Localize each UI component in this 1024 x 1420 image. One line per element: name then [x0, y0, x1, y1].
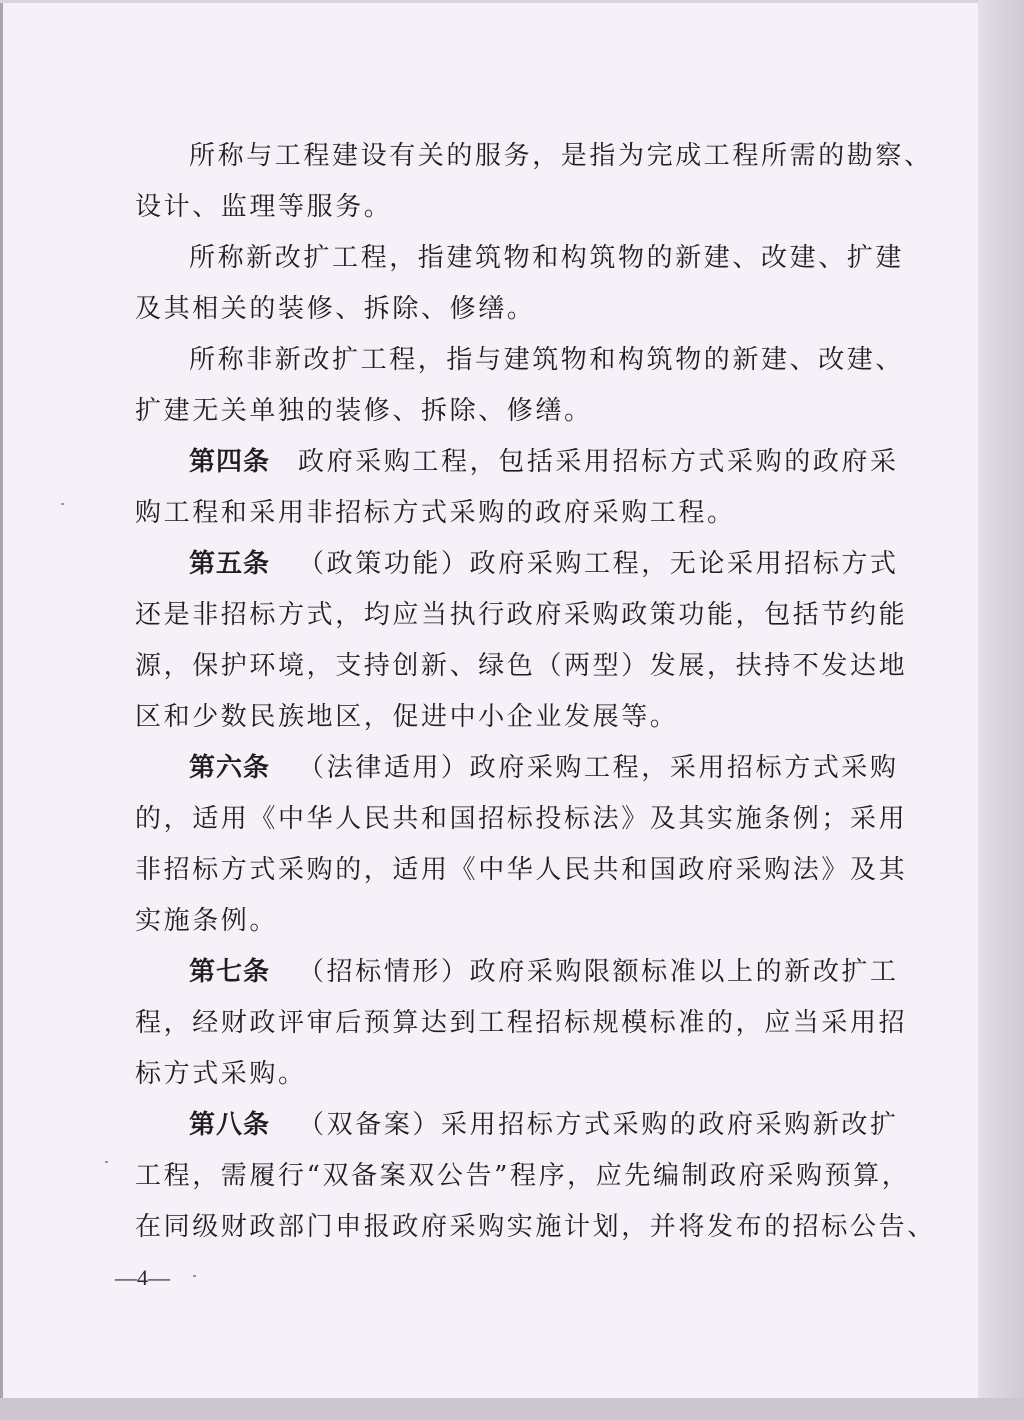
text-line: 区和少数民族地区，促进中小企业发展等。: [135, 692, 870, 743]
scan-speck: [105, 1161, 108, 1163]
line-text: 程，经财政评审后预算达到工程招标规模标准的，应当采用招: [135, 1008, 907, 1038]
line-text: 实施条例。: [135, 906, 278, 936]
line-text: （政策功能）政府采购工程，无论采用招标方式: [298, 549, 899, 579]
line-text: 标方式采购。: [135, 1059, 307, 1089]
page-number: —4—: [115, 1265, 170, 1291]
line-text: 在同级财政部门申报政府采购实施计划，并将发布的招标公告、: [135, 1212, 936, 1242]
document-body: 所称与工程建设有关的服务，是指为完成工程所需的勘察、设计、监理等服务。所称新改扩…: [135, 131, 870, 1253]
line-text: （法律适用）政府采购工程，采用招标方式采购: [298, 753, 899, 783]
article-heading: 第八条: [189, 1110, 270, 1140]
article-heading: 第四条: [189, 447, 270, 477]
line-text: 工程，需履行“双备案双公告”程序，应先编制政府采购预算，: [135, 1161, 910, 1191]
line-text: 所称新改扩工程，指建筑物和构筑物的新建、改建、扩建: [189, 243, 904, 273]
text-line: 非招标方式采购的，适用《中华人民共和国政府采购法》及其: [135, 845, 870, 896]
article-heading: 第五条: [189, 549, 270, 579]
text-line: 标方式采购。: [135, 1049, 870, 1100]
text-line: 设计、监理等服务。: [135, 182, 870, 233]
line-text: 源，保护环境，支持创新、绿色（两型）发展，扶持不发达地: [135, 651, 907, 681]
text-line: 源，保护环境，支持创新、绿色（两型）发展，扶持不发达地: [135, 641, 870, 692]
article-heading: 第七条: [189, 957, 270, 987]
article-heading: 第六条: [189, 753, 270, 783]
text-line: 还是非招标方式，均应当执行政府采购政策功能，包括节约能: [135, 590, 870, 641]
line-text: 非招标方式采购的，适用《中华人民共和国政府采购法》及其: [135, 855, 907, 885]
line-text: 所称与工程建设有关的服务，是指为完成工程所需的勘察、: [189, 141, 933, 171]
text-line: 的，适用《中华人民共和国招标投标法》及其实施条例；采用: [135, 794, 870, 845]
text-line: 所称新改扩工程，指建筑物和构筑物的新建、改建、扩建: [135, 233, 870, 284]
line-text: 的，适用《中华人民共和国招标投标法》及其实施条例；采用: [135, 804, 907, 834]
article-line: 第六条（法律适用）政府采购工程，采用招标方式采购: [135, 743, 870, 794]
line-text: 还是非招标方式，均应当执行政府采购政策功能，包括节约能: [135, 600, 907, 630]
line-text: 区和少数民族地区，促进中小企业发展等。: [135, 702, 678, 732]
text-line: 工程，需履行“双备案双公告”程序，应先编制政府采购预算，: [135, 1151, 870, 1202]
scan-speck: [61, 503, 64, 505]
text-line: 程，经财政评审后预算达到工程招标规模标准的，应当采用招: [135, 998, 870, 1049]
text-line: 在同级财政部门申报政府采购实施计划，并将发布的招标公告、: [135, 1202, 870, 1253]
line-text: 所称非新改扩工程，指与建筑物和构筑物的新建、改建、: [189, 345, 904, 375]
scanned-page: 所称与工程建设有关的服务，是指为完成工程所需的勘察、设计、监理等服务。所称新改扩…: [0, 3, 978, 1398]
line-text: （双备案）采用招标方式采购的政府采购新改扩: [298, 1110, 899, 1140]
line-text: 及其相关的装修、拆除、修缮。: [135, 294, 535, 324]
text-line: 实施条例。: [135, 896, 870, 947]
line-text: 购工程和采用非招标方式采购的政府采购工程。: [135, 498, 736, 528]
article-line: 第八条（双备案）采用招标方式采购的政府采购新改扩: [135, 1100, 870, 1151]
text-line: 购工程和采用非招标方式采购的政府采购工程。: [135, 488, 870, 539]
line-text: （招标情形）政府采购限额标准以上的新改扩工: [298, 957, 899, 987]
text-line: 所称与工程建设有关的服务，是指为完成工程所需的勘察、: [135, 131, 870, 182]
article-line: 第七条（招标情形）政府采购限额标准以上的新改扩工: [135, 947, 870, 998]
article-line: 第四条政府采购工程，包括采用招标方式采购的政府采: [135, 437, 870, 488]
text-line: 扩建无关单独的装修、拆除、修缮。: [135, 386, 870, 437]
text-line: 所称非新改扩工程，指与建筑物和构筑物的新建、改建、: [135, 335, 870, 386]
scanner-margin-bottom: [0, 1398, 1024, 1420]
line-text: 设计、监理等服务。: [135, 192, 392, 222]
text-line: 及其相关的装修、拆除、修缮。: [135, 284, 870, 335]
article-line: 第五条（政策功能）政府采购工程，无论采用招标方式: [135, 539, 870, 590]
scanner-margin-right: [978, 0, 1024, 1420]
line-text: 政府采购工程，包括采用招标方式采购的政府采: [298, 447, 899, 477]
line-text: 扩建无关单独的装修、拆除、修缮。: [135, 396, 593, 426]
scan-speck: [193, 1275, 196, 1277]
